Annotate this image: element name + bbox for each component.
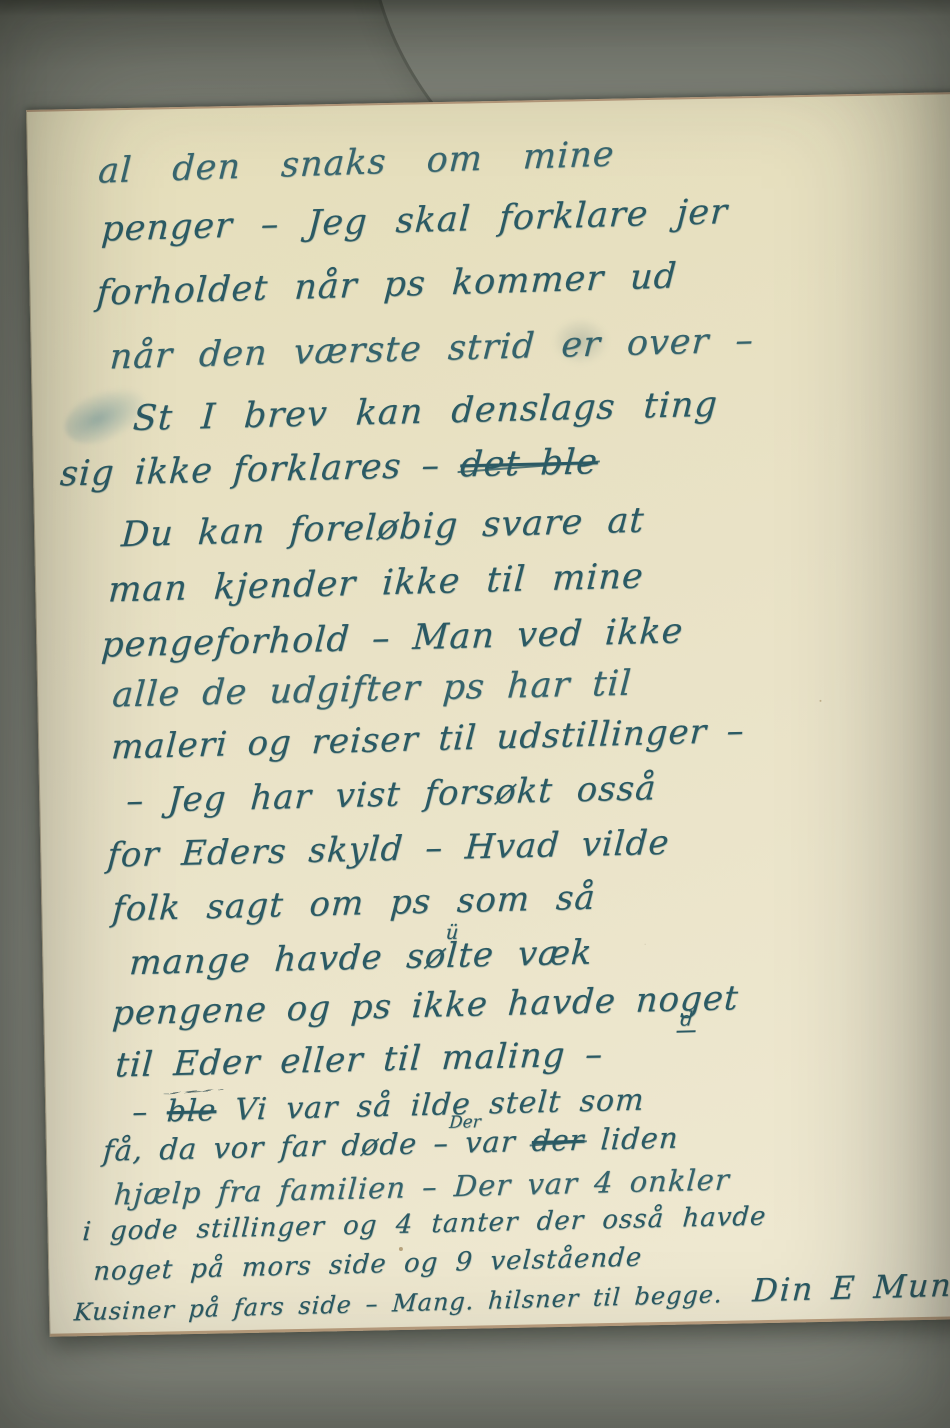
handwriting-text: noget på mors side og 9 velstående	[92, 1243, 643, 1287]
handwriting-line: pengene og ps ikke havde noget	[111, 981, 740, 1030]
scribbled-text: ble	[166, 1093, 218, 1129]
photograph-of-letter: { "scene": { "surface_color": "#82857b",…	[0, 0, 950, 1428]
handwriting-text: alle de udgifter ps har til	[111, 664, 633, 716]
inserted-word: d	[677, 1009, 697, 1032]
handwriting-text: Kusiner på fars side – Mang. hilsner til…	[73, 1280, 723, 1326]
handwriting-text: forholdet når ps kommer ud	[95, 256, 678, 313]
handwriting-text: al den snaks om mine	[97, 134, 616, 191]
handwriting-text: pengene og ps ikke havde noget	[111, 978, 740, 1033]
handwriting-line: – Jeg har vist forsøkt osså	[125, 771, 657, 818]
handwriting-line: få, da vor far døde – var der liden Der	[102, 1124, 679, 1166]
handwriting-line: Du kan foreløbig svare at	[120, 504, 645, 554]
handwriting-text: – Jeg har vist forsøkt osså	[125, 768, 658, 821]
letter-paper: al den snaks om mine penger – Jeg skal f…	[26, 91, 950, 1337]
handwriting-line: man kjender ikke til mine	[107, 559, 645, 608]
handwriting-line: sig ikke forklares – det ble	[59, 445, 599, 492]
handwriting-text: Vi var så ilde stelt som	[234, 1083, 646, 1128]
handwriting-text: penger – Jeg skal forklare jer	[100, 192, 729, 250]
handwriting-text: –	[131, 1095, 149, 1130]
handwriting-text: man kjender ikke til mine	[107, 556, 645, 610]
handwriting-line: når den værste strid er over –	[109, 324, 755, 376]
handwriting-text: liden	[600, 1121, 680, 1157]
handwriting-text: St I brev kan denslags ting	[132, 385, 719, 439]
handwriting-text: til Eder eller til maling –	[114, 1034, 604, 1085]
handwriting-line: pengeforhold – Man ved ikke	[100, 614, 684, 663]
handwriting-text: pengeforhold – Man ved ikke	[100, 611, 685, 665]
handwriting-line: noget på mors side og 9 velstående	[93, 1245, 643, 1285]
handwriting-text: folk sagt om ps som så	[111, 878, 597, 930]
handwriting-line: til Eder eller til maling – d	[114, 1037, 604, 1082]
handwriting-line: mange havde sølte væk ü	[128, 936, 593, 981]
handwriting-line: al den snaks om mine	[97, 137, 615, 189]
handwriting-line: forholdet når ps kommer ud	[96, 259, 679, 311]
handwriting-line: i gode stillinger og 4 tanter der osså h…	[82, 1204, 768, 1246]
handwriting-text: maleri og reiser til udstillinger –	[110, 711, 746, 768]
handwriting-text: Du kan foreløbig svare at	[120, 501, 646, 556]
handwriting-text: sig ikke forklares –	[59, 446, 442, 495]
handwriting-line: for Eders skyld – Hvad vilde	[106, 826, 670, 873]
handwriting-line: maleri og reiser til udstillinger –	[110, 714, 746, 765]
inserted-word: Der	[449, 1113, 482, 1131]
handwriting-text: mange havde sølte væk	[128, 933, 594, 984]
handwriting-line: alle de udgifter ps har til	[111, 667, 633, 714]
struck-text: det ble	[459, 442, 599, 485]
struck-text: der	[531, 1123, 586, 1158]
inserted-word: ü	[445, 923, 459, 943]
handwriting-text: for Eders skyld – Hvad vilde	[106, 823, 671, 876]
handwriting-line: hjælp fra familien – Der var 4 onkler	[113, 1165, 731, 1209]
signature: Din E Munch	[751, 1267, 950, 1310]
handwriting-line: St I brev kan denslags ting	[132, 388, 719, 437]
handwriting-text: når den værste strid er over –	[109, 321, 756, 378]
handwriting-line: penger – Jeg skal forklare jer	[100, 195, 729, 248]
handwriting-line: folk sagt om ps som så	[111, 881, 597, 927]
handwriting-line: – ble Vi var så ilde stelt som	[131, 1086, 645, 1129]
